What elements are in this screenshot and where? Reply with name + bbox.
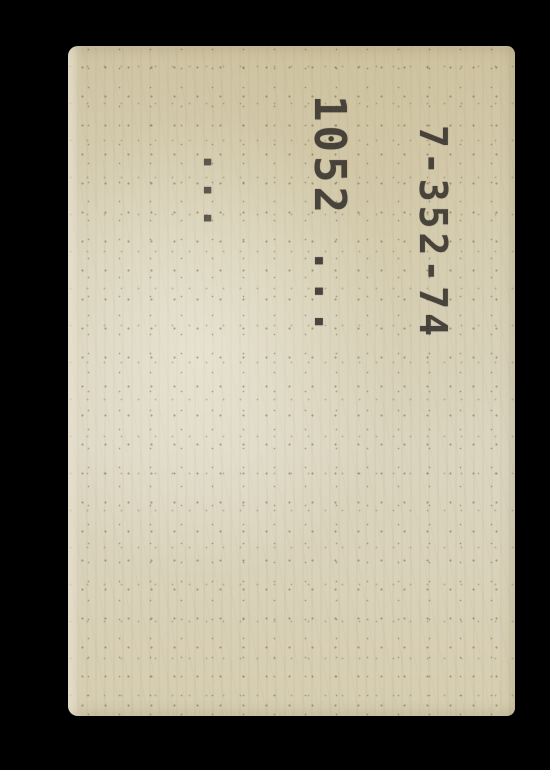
inscription-left-column: ... <box>194 150 240 234</box>
inscription-middle-column: 1052 ... <box>304 95 355 339</box>
inscription-right-column: 7-352-74 <box>411 125 455 340</box>
tablet-edge-highlight <box>68 46 82 716</box>
